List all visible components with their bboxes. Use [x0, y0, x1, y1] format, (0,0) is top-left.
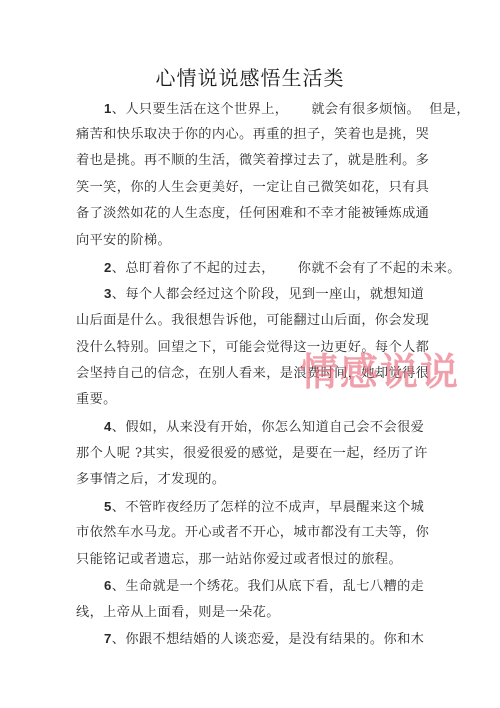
line-text: 山后面是什么。我很想告诉他，可能翻过山后面，你会发现	[76, 313, 429, 328]
line-text: 多事情之后，才发现的。	[76, 472, 225, 487]
item-number: 2	[104, 260, 112, 275]
line-text: 、每个人都会经过这个阶段，见到一座山，就想知道	[112, 287, 425, 302]
numbered-paragraph-line: 7、你跟不想结婚的人谈恋爱，是没有结果的。你和木	[104, 631, 424, 648]
line-text: 着也是挑。再不顺的生活，微笑着撑过去了，就是胜利。多	[76, 153, 429, 168]
numbered-paragraph-line: 5、不管昨夜经历了怎样的泣不成声，早晨醒来这个城	[104, 499, 424, 516]
line-text: 重要。	[76, 392, 117, 407]
document-page: 心情说说感悟生活类 1、人只要生活在这个世界上， 就会有很多烦恼。 但是，痛苦和…	[0, 0, 500, 708]
item-number: 4	[104, 419, 112, 434]
paragraph-line: 市依然车水马龙。开心或者不开心，城市都没有工夫等，你	[76, 525, 429, 541]
paragraph-line: 重要。	[76, 392, 117, 408]
line-text: 、不管昨夜经历了怎样的泣不成声，早晨醒来这个城	[112, 500, 425, 515]
numbered-paragraph-line: 6、生命就是一个绣花。我们从底下看，乱七八糟的走	[104, 578, 424, 595]
numbered-paragraph-line: 4、假如，从来没有开始，你怎么知道自己会不会很爱	[104, 419, 424, 436]
line-text: 向平安的阶梯。	[76, 233, 171, 248]
line-text: 备了淡然如花的人生态度，任何困难和不幸才能被锤炼成通	[76, 206, 429, 221]
paragraph-line: 备了淡然如花的人生态度，任何困难和不幸才能被锤炼成通	[76, 206, 429, 222]
paragraph-line: 笑一笑，你的人生会更美好，一定让自己微笑如花，只有具	[76, 180, 429, 196]
line-text: 那个人呢 ?其实，很爱很爱的感觉，是要在一起，经历了许	[76, 446, 428, 461]
paragraph-line: 线，上帝从上面看，则是一朵花。	[76, 605, 280, 621]
page-title: 心情说说感悟生活类	[0, 62, 500, 91]
item-number: 5	[104, 499, 112, 514]
line-text: 、假如，从来没有开始，你怎么知道自己会不会很爱	[112, 420, 425, 435]
watermark: 情感说说	[300, 350, 460, 394]
numbered-paragraph-line: 3、每个人都会经过这个阶段，见到一座山，就想知道	[104, 286, 424, 303]
item-number: 3	[104, 286, 112, 301]
line-text: 、你跟不想结婚的人谈恋爱，是没有结果的。你和木	[112, 632, 425, 647]
line-text: 痛苦和快乐取决于你的内心。再重的担子，笑着也是挑，哭	[76, 127, 429, 142]
numbered-paragraph-line: 1、人只要生活在这个世界上， 就会有很多烦恼。 但是，	[104, 101, 470, 118]
line-text: 线，上帝从上面看，则是一朵花。	[76, 605, 280, 620]
line-text: 、生命就是一个绣花。我们从底下看，乱七八糟的走	[112, 579, 425, 594]
paragraph-line: 只能铭记或者遗忘，那一站站你爱过或者恨过的旅程。	[76, 552, 402, 568]
line-text: 、人只要生活在这个世界上， 就会有很多烦恼。 但是，	[112, 102, 470, 117]
paragraph-line: 向平安的阶梯。	[76, 233, 171, 249]
paragraph-line: 山后面是什么。我很想告诉他，可能翻过山后面，你会发现	[76, 313, 429, 329]
item-number: 1	[104, 101, 112, 116]
paragraph-line: 痛苦和快乐取决于你的内心。再重的担子，笑着也是挑，哭	[76, 127, 429, 143]
numbered-paragraph-line: 2、总盯着你了不起的过去， 你就不会有了不起的未来。	[104, 260, 461, 277]
paragraph-line: 着也是挑。再不顺的生活，微笑着撑过去了，就是胜利。多	[76, 153, 429, 169]
line-text: 市依然车水马龙。开心或者不开心，城市都没有工夫等，你	[76, 525, 429, 540]
item-number: 6	[104, 578, 112, 593]
paragraph-line: 多事情之后，才发现的。	[76, 472, 225, 488]
line-text: 笑一笑，你的人生会更美好，一定让自己微笑如花，只有具	[76, 180, 429, 195]
line-text: 、总盯着你了不起的过去， 你就不会有了不起的未来。	[112, 261, 461, 276]
paragraph-line: 那个人呢 ?其实，很爱很爱的感觉，是要在一起，经历了许	[76, 446, 428, 462]
line-text: 只能铭记或者遗忘，那一站站你爱过或者恨过的旅程。	[76, 552, 402, 567]
item-number: 7	[104, 631, 112, 646]
